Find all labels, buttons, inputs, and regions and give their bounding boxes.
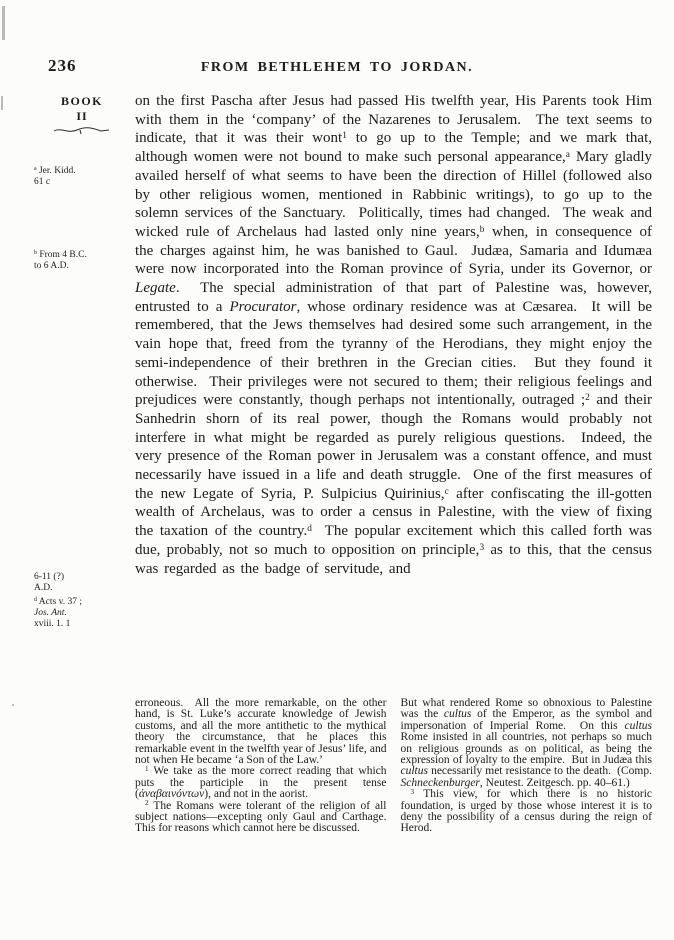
footnote-paragraph: 1 We take as the more correct reading th… <box>135 766 387 800</box>
margin-note-d: d Acts v. 37 ; Jos. Ant. xviii. 1. 1 <box>34 597 130 630</box>
margin-note-line: 6-11 (?) <box>34 572 130 583</box>
footnote-column-right: But what rendered Rome so obnoxious to P… <box>401 698 653 835</box>
margin-note-a: a Jer. Kidd. 61 c <box>34 166 130 188</box>
margin-note-line: Jos. Ant. <box>34 608 130 619</box>
margin-note-b: b From 4 B.C. to 6 A.D. <box>34 250 130 272</box>
body-paragraph: on the first Pascha after Jesus had pass… <box>135 92 652 578</box>
scan-speckle <box>2 6 5 40</box>
book-page: 236 FROM BETHLEHEM TO JORDAN. BOOK II a … <box>0 0 674 940</box>
margin-note-line: d Acts v. 37 ; <box>34 597 130 608</box>
margin-note-line: 61 c <box>34 177 130 188</box>
margin-note-line: A.D. <box>34 583 130 594</box>
margin-note-line: b From 4 B.C. <box>34 250 130 261</box>
footnote-paragraph: But what rendered Rome so obnoxious to P… <box>401 698 653 789</box>
book-heading: BOOK II <box>34 94 130 135</box>
body-column: on the first Pascha after Jesus had pass… <box>135 92 652 578</box>
scan-speckle <box>12 704 14 706</box>
margin-note-line: a Jer. Kidd. <box>34 166 130 177</box>
footnote-column-left: erroneous. All the more remarkable, on t… <box>135 698 387 835</box>
book-numeral: II <box>34 109 130 124</box>
flourish-icon <box>53 126 111 135</box>
margin-note-line: to 6 A.D. <box>34 261 130 272</box>
footnote-paragraph: 3 This view, for which there is no histo… <box>401 789 653 835</box>
footnote-paragraph: erroneous. All the more remarkable, on t… <box>135 698 387 766</box>
running-title: FROM BETHLEHEM TO JORDAN. <box>60 60 614 76</box>
margin-note-c: 6-11 (?) A.D. <box>34 572 130 594</box>
footnote-paragraph: 2 The Romans were tolerant of the religi… <box>135 801 387 835</box>
scan-speckle <box>1 96 3 110</box>
book-label: BOOK <box>34 94 130 109</box>
margin-note-line: xviii. 1. 1 <box>34 619 130 630</box>
footnote-section: erroneous. All the more remarkable, on t… <box>135 698 652 835</box>
